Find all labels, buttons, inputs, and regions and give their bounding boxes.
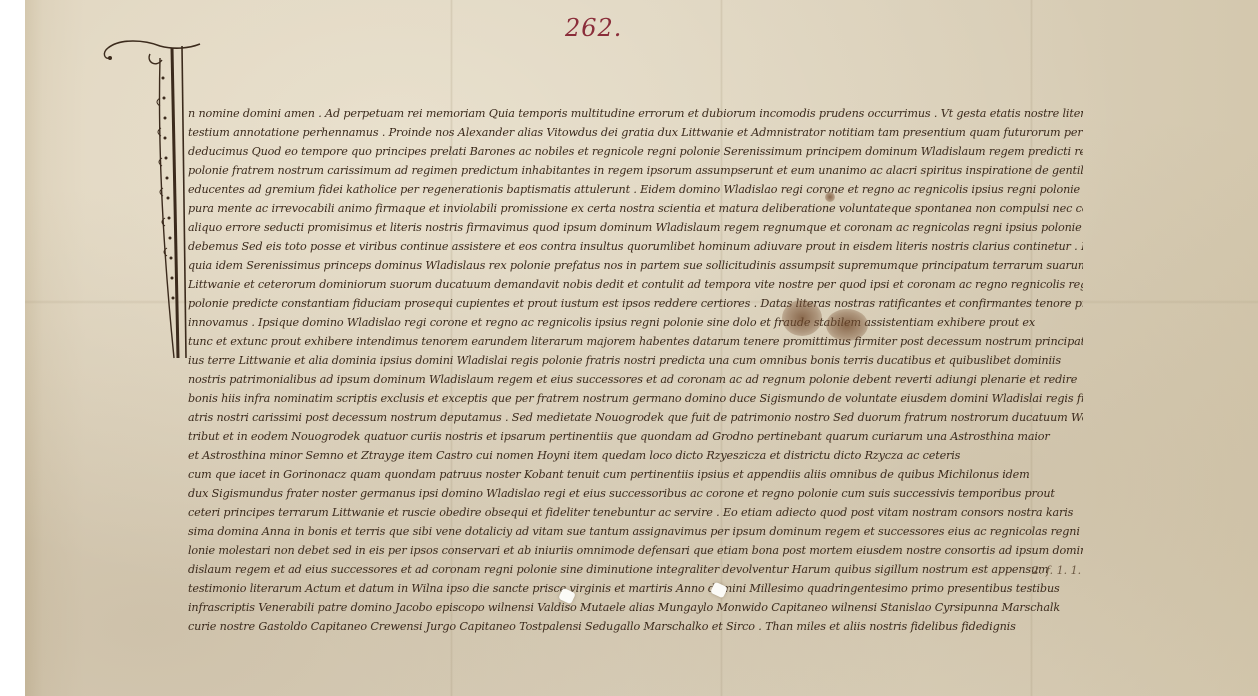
margin-annotation: 2. f. 1. 1. bbox=[1032, 564, 1081, 577]
text-line: testium annotatione perhennamus . Proind… bbox=[188, 123, 1083, 142]
text-line: educentes ad gremium fidei katholice per… bbox=[188, 180, 1083, 199]
text-line: ius terre Littwanie et alia dominia ipsi… bbox=[188, 351, 1083, 370]
ink-stain bbox=[782, 300, 822, 336]
text-line: lonie molestari non debet sed in eis per… bbox=[188, 541, 1083, 560]
text-line: debemus Sed eis toto posse et viribus co… bbox=[188, 237, 1083, 256]
text-line: dislaum regem et ad eius successores et … bbox=[188, 560, 1083, 579]
text-line: bonis hiis infra nominatim scriptis excl… bbox=[188, 389, 1083, 408]
page-number: 262. bbox=[565, 14, 622, 42]
text-line: polonie predicte constantiam fiduciam pr… bbox=[188, 294, 1083, 313]
text-line: aliquo errore seducti promisimus et lite… bbox=[188, 218, 1083, 237]
text-line: tribut et in eodem Nouogrodek quatuor cu… bbox=[188, 427, 1083, 446]
text-line: Littwanie et ceterorum dominiorum suorum… bbox=[188, 275, 1083, 294]
text-line: sima domina Anna in bonis et terris que … bbox=[188, 522, 1083, 541]
text-line: pura mente ac irrevocabili animo firmaqu… bbox=[188, 199, 1083, 218]
text-line: curie nostre Gastoldo Capitaneo Crewensi… bbox=[188, 617, 1083, 636]
ink-stain bbox=[826, 309, 868, 341]
text-line: ceteri principes terrarum Littwanie et r… bbox=[188, 503, 1083, 522]
text-line: infrascriptis Venerabili patre domino Ja… bbox=[188, 598, 1083, 617]
text-line: atris nostri carissimi post decessum nos… bbox=[188, 408, 1083, 427]
text-line: polonie fratrem nostrum carissimum ad re… bbox=[188, 161, 1083, 180]
text-line: cum que iacet in Gorinonacz quam quondam… bbox=[188, 465, 1083, 484]
text-line: n nomine domini amen . Ad perpetuam rei … bbox=[188, 104, 1083, 123]
text-line: quia idem Serenissimus princeps dominus … bbox=[188, 256, 1083, 275]
text-line: tunc et extunc prout exhibere intendimus… bbox=[188, 332, 1083, 351]
text-line: deducimus Quod eo tempore quo principes … bbox=[188, 142, 1083, 161]
text-line: dux Sigismundus frater noster germanus i… bbox=[188, 484, 1083, 503]
text-line: testimonio literarum Actum et datum in W… bbox=[188, 579, 1083, 598]
ink-stain bbox=[825, 192, 835, 202]
text-line: et Astrosthina minor Semno et Ztrayge it… bbox=[188, 446, 1083, 465]
text-line: innovamus . Ipsique domino Wladislao reg… bbox=[188, 313, 1083, 332]
text-line: nostris patrimonialibus ad ipsum dominum… bbox=[188, 370, 1083, 389]
